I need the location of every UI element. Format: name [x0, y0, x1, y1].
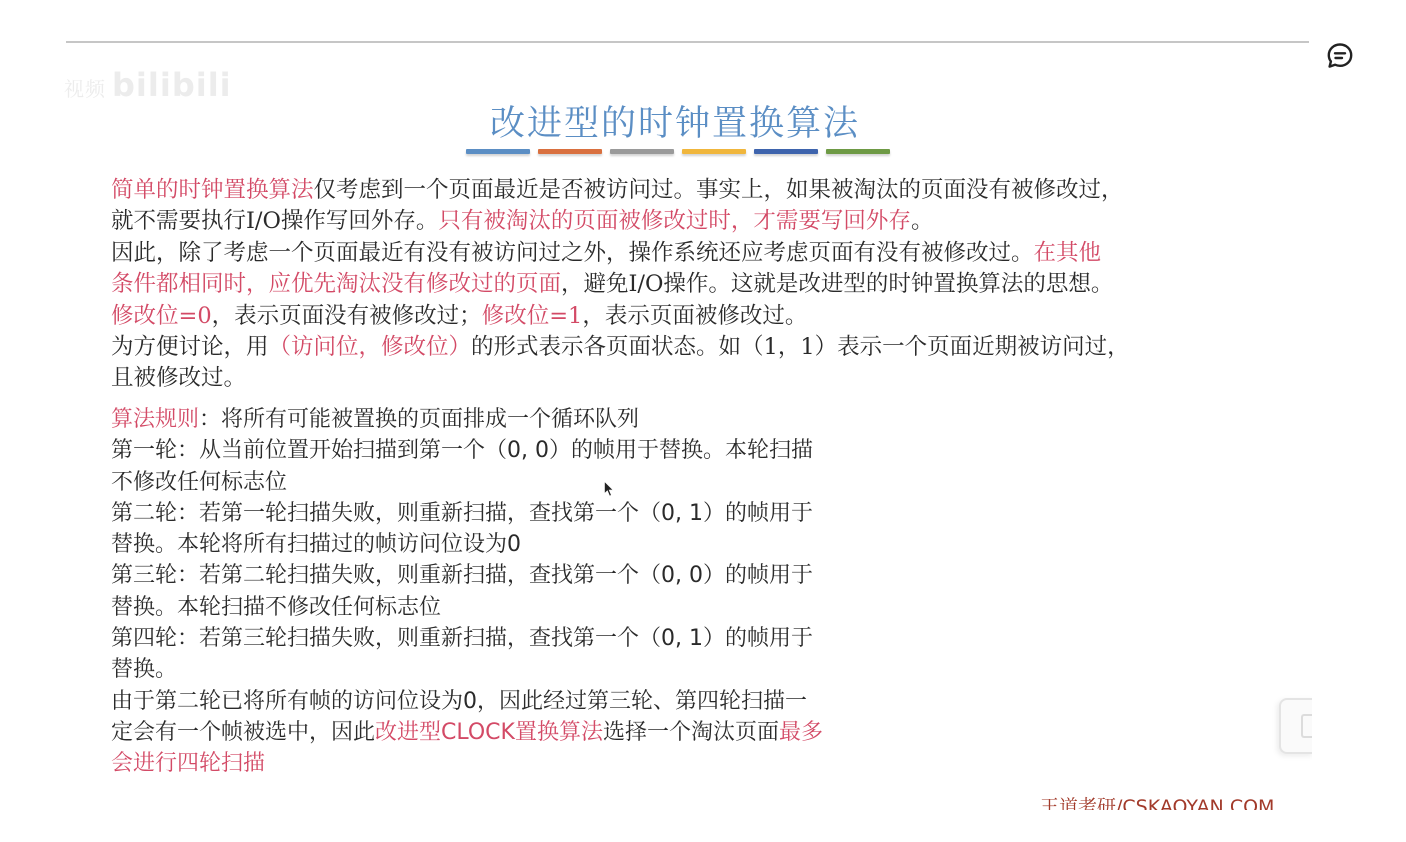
algorithm-rules: 算法规则：将所有可能被置换的页面排成一个循环队列 第一轮：从当前位置开始扫描到第… — [111, 404, 823, 780]
highlight-text: 条件都相同时，应优先淘汰没有修改过的页面 — [111, 271, 561, 297]
comment-button[interactable] — [1325, 41, 1355, 71]
body-text: 定会有一个帧被选中，因此 — [111, 720, 375, 745]
body-text: 替换。本轮将所有扫描过的帧访问位设为0 — [111, 532, 521, 557]
color-bar-3 — [610, 149, 674, 154]
highlight-text: （访问位，修改位） — [269, 334, 472, 360]
highlight-text: 修改位=0 — [111, 303, 212, 329]
body-text: ，表示页面没有被修改过； — [212, 303, 482, 329]
body-text: 就不需要执行I/O操作写回外存。 — [111, 208, 438, 234]
intro-line-2: 就不需要执行I/O操作写回外存。只有被淘汰的页面被修改过时，才需要写回外存。 — [111, 206, 1130, 237]
right-edge-mask — [1312, 680, 1406, 842]
intro-line-1: 简单的时钟置换算法仅考虑到一个页面最近是否被访问过。事实上，如果被淘汰的页面没有… — [111, 175, 1130, 206]
body-text: 的形式表示各页面状态。如（1，1）表示一个页面近期被访问过， — [471, 334, 1130, 360]
body-text: 且被修改过。 — [111, 365, 246, 391]
body-text: 。 — [911, 208, 934, 234]
body-text: 仅考虑到一个页面最近是否被访问过。事实上，如果被淘汰的页面没有被修改过， — [314, 177, 1124, 203]
body-text: ：将所有可能被置换的页面排成一个循环队列 — [199, 407, 639, 432]
title-color-bars — [466, 149, 890, 154]
footer-watermark: 王道考研/CSKAOYAN.COM — [1040, 796, 1312, 810]
body-text: 由于第二轮已将所有帧的访问位设为0，因此经过第三轮、第四轮扫描一 — [111, 689, 807, 714]
highlight-text: 只有被淘汰的页面被修改过时，才需要写回外存 — [438, 208, 911, 234]
bilibili-tv-icon[interactable] — [1279, 698, 1314, 754]
body-text: 第一轮：从当前位置开始扫描到第一个（0, 0）的帧用于替换。本轮扫描 — [111, 438, 813, 463]
rules-line-2: 第一轮：从当前位置开始扫描到第一个（0, 0）的帧用于替换。本轮扫描 — [111, 435, 823, 466]
color-bar-1 — [466, 149, 530, 154]
intro-line-7: 且被修改过。 — [111, 363, 1130, 394]
rules-line-3: 不修改任何标志位 — [111, 467, 823, 498]
rules-line-8: 第四轮：若第三轮扫描失败，则重新扫描，查找第一个（0, 1）的帧用于 — [111, 623, 823, 654]
slide-title: 改进型的时钟置换算法 — [0, 96, 1350, 146]
top-divider — [66, 41, 1309, 43]
body-text: 替换。 — [111, 657, 177, 682]
body-text: 因此，除了考虑一个页面最近有没有被访问过之外，操作系统还应考虑页面有没有被修改过… — [111, 240, 1034, 266]
color-bar-5 — [754, 149, 818, 154]
rules-line-7: 替换。本轮扫描不修改任何标志位 — [111, 592, 823, 623]
body-text: 第四轮：若第三轮扫描失败，则重新扫描，查找第一个（0, 1）的帧用于 — [111, 626, 813, 651]
rules-line-5: 替换。本轮将所有扫描过的帧访问位设为0 — [111, 529, 823, 560]
highlight-text: 修改位=1 — [482, 303, 583, 329]
intro-line-5: 修改位=0，表示页面没有被修改过；修改位=1，表示页面被修改过。 — [111, 301, 1130, 332]
body-text: 不修改任何标志位 — [111, 470, 287, 495]
highlight-text: 会进行四轮扫描 — [111, 751, 265, 776]
highlight-text: 在其他 — [1034, 240, 1102, 266]
intro-line-3: 因此，除了考虑一个页面最近有没有被访问过之外，操作系统还应考虑页面有没有被修改过… — [111, 238, 1130, 269]
footer-watermark-text: 王道考研/CSKAOYAN.COM — [1040, 796, 1274, 810]
color-bar-2 — [538, 149, 602, 154]
body-text: ，表示页面被修改过。 — [582, 303, 807, 329]
body-text: 第二轮：若第一轮扫描失败，则重新扫描，查找第一个（0, 1）的帧用于 — [111, 501, 813, 526]
rules-line-6: 第三轮：若第二轮扫描失败，则重新扫描，查找第一个（0, 0）的帧用于 — [111, 560, 823, 591]
intro-line-6: 为方便讨论，用（访问位，修改位）的形式表示各页面状态。如（1，1）表示一个页面近… — [111, 332, 1130, 363]
color-bar-6 — [826, 149, 890, 154]
rules-line-1: 算法规则：将所有可能被置换的页面排成一个循环队列 — [111, 404, 823, 435]
color-bar-4 — [682, 149, 746, 154]
rules-line-11: 定会有一个帧被选中，因此改进型CLOCK置换算法选择一个淘汰页面最多 — [111, 717, 823, 748]
rules-line-12: 会进行四轮扫描 — [111, 748, 823, 779]
body-text: 为方便讨论，用 — [111, 334, 269, 360]
chat-bubble-icon — [1325, 41, 1355, 71]
intro-paragraph: 简单的时钟置换算法仅考虑到一个页面最近是否被访问过。事实上，如果被淘汰的页面没有… — [111, 175, 1130, 395]
mouse-cursor-icon — [604, 481, 614, 497]
highlight-text: 简单的时钟置换算法 — [111, 177, 314, 203]
highlight-text: 算法规则 — [111, 407, 199, 432]
rules-line-10: 由于第二轮已将所有帧的访问位设为0，因此经过第三轮、第四轮扫描一 — [111, 686, 823, 717]
rules-line-9: 替换。 — [111, 654, 823, 685]
highlight-text: 改进型CLOCK置换算法 — [375, 720, 603, 745]
rules-line-4: 第二轮：若第一轮扫描失败，则重新扫描，查找第一个（0, 1）的帧用于 — [111, 498, 823, 529]
body-text: 选择一个淘汰页面 — [603, 720, 779, 745]
body-text: ，避免I/O操作。这就是改进型的时钟置换算法的思想。 — [561, 271, 1113, 297]
intro-line-4: 条件都相同时，应优先淘汰没有修改过的页面，避免I/O操作。这就是改进型的时钟置换… — [111, 269, 1130, 300]
highlight-text: 最多 — [779, 720, 823, 745]
body-text: 替换。本轮扫描不修改任何标志位 — [111, 595, 441, 620]
body-text: 第三轮：若第二轮扫描失败，则重新扫描，查找第一个（0, 0）的帧用于 — [111, 563, 813, 588]
